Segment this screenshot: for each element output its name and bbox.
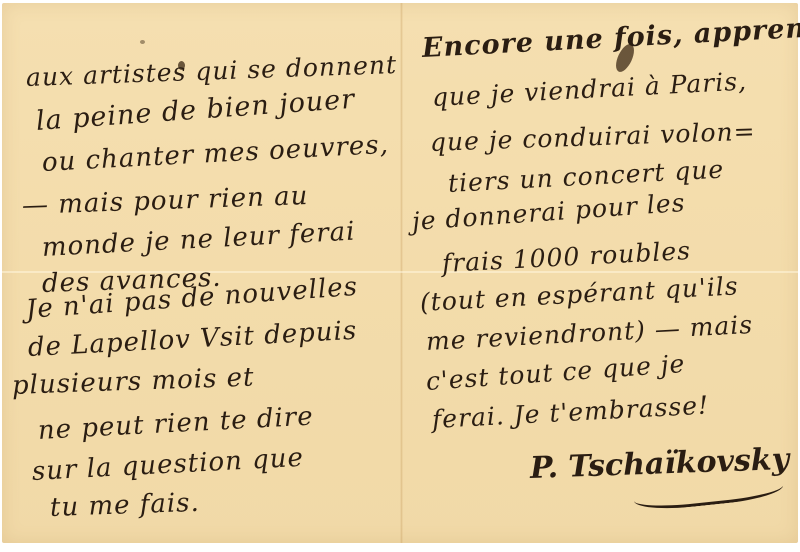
letter-line: ne peut rien te dire [37,402,314,446]
letter-line: ou chanter mes oeuvres, [41,130,389,178]
letter-line: de Lapellov Vsit depuis [27,316,358,363]
letter-line: (tout en espérant qu'ils [419,271,739,317]
letter-line: sur la question que [31,443,304,487]
letter-line: ferai. Je t'embrasse! [431,391,709,434]
letter-line: que je conduirai volon= [429,117,755,157]
letter-line: Encore une fois, apprends [421,11,800,64]
letter-line: tu me fais. [49,488,200,523]
letter-line: c'est tout ce que je [425,349,686,396]
signature: P. Tschaïkovsky [529,442,789,486]
letter-line: que je viendrai à Paris, [431,67,747,112]
letter-line: plusieurs mois et [11,363,255,401]
letter-line: me reviendront) — mais [425,310,754,356]
letter-line: — mais pour rien au [21,181,308,221]
letter-line: monde je ne leur ferai [41,217,356,263]
ink-blot [140,40,145,44]
letter-line: la peine de bien jouer [35,84,356,137]
letter-paper: aux artistes qui se donnent la peine de … [2,3,798,543]
vertical-fold [400,3,403,543]
signature-flourish [634,482,785,513]
